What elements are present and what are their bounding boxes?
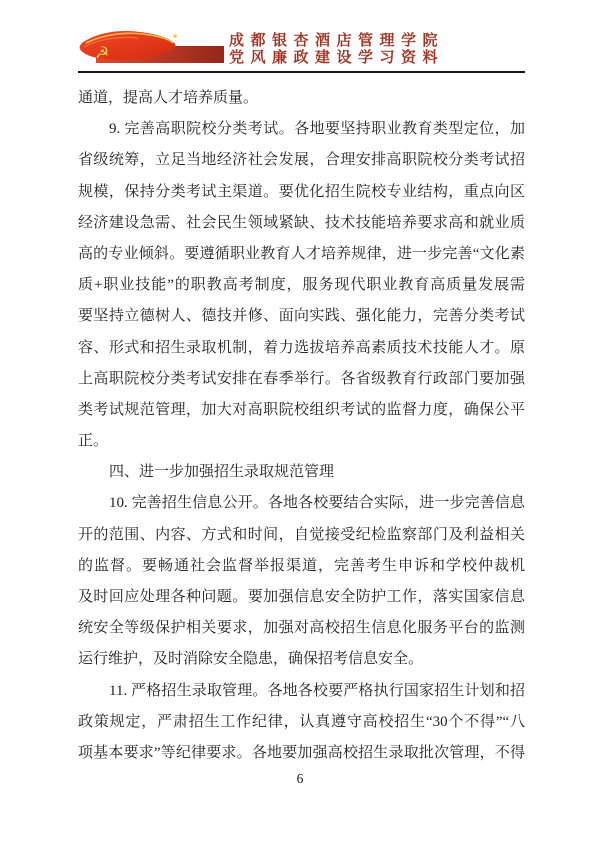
header-title-line2: 党风廉政建设学习资料	[229, 50, 444, 67]
text-line: 项基本要求”等纪律要求。各地要加强高校招生录取批次管理，不得	[78, 738, 525, 769]
text-line: 政策规定，严肃招生工作纪律，认真遵守高校招生“30个不得”“八	[78, 707, 525, 738]
text-line: 及时回应处理各种问题。要加强信息安全防护工作，落实国家信息系	[78, 582, 525, 613]
text-line: 11. 严格招生录取管理。各地各校要严格执行国家招生计划和招生	[78, 676, 525, 707]
page-footer: 6	[0, 771, 600, 791]
party-flag-graphic: ☭	[78, 29, 224, 67]
text-line: 通道，提高人才培养质量。	[78, 83, 525, 114]
text-line: 经济建设急需、社会民生领域紧缺、技术技能培养要求高和就业质量	[78, 208, 525, 239]
hammer-sickle-icon: ☭	[95, 45, 109, 62]
text-line: 要坚持立德树人、德技并修、面向实践、强化能力，完善分类考试内	[78, 301, 525, 332]
text-line: 高的专业倾斜。要遵循职业教育人才培养规律，进一步完善“文化素	[78, 239, 525, 270]
text-line: 四、进一步加强招生录取规范管理	[78, 457, 525, 488]
text-line: 统安全等级保护相关要求，加强对高校招生信息化服务平台的监测和	[78, 613, 525, 644]
header-title-line1: 成都银杏酒店管理学院	[229, 33, 444, 50]
page-number: 6	[297, 771, 304, 786]
text-line: 9. 完善高职院校分类考试。各地要坚持职业教育类型定位，加强	[78, 114, 525, 145]
text-line: 的监督。要畅通社会监督举报渠道，完善考生申诉和学校仲裁机制，	[78, 551, 525, 582]
document-page: ☭ 成都银杏酒店管理学院 党风廉政建设学习资料 通道，提高人才培养质量。9. 完…	[0, 0, 600, 848]
text-line: 运行维护，及时消除安全隐患，确保招考信息安全。	[78, 644, 525, 675]
text-line: 省级统筹，立足当地经济社会发展，合理安排高职院校分类考试招生	[78, 145, 525, 176]
text-line: 容、形式和招生录取机制，着力选拔培养高素质技术技能人才。原则	[78, 333, 525, 364]
text-line: 开的范围、内容、方式和时间，自觉接受纪检监察部门及利益相关者	[78, 520, 525, 551]
text-line: 10. 完善招生信息公开。各地各校要结合实际，进一步完善信息公	[78, 488, 525, 519]
text-line: 正。	[78, 426, 525, 457]
header-title-block: 成都银杏酒店管理学院 党风廉政建设学习资料	[229, 33, 444, 67]
party-flag-logo: ☭	[78, 29, 224, 67]
document-body: 通道，提高人才培养质量。9. 完善高职院校分类考试。各地要坚持职业教育类型定位，…	[78, 83, 525, 769]
text-line: 上高职院校分类考试安排在春季举行。各省级教育行政部门要加强分	[78, 364, 525, 395]
header-divider	[78, 71, 525, 73]
text-line: 类考试规范管理，加大对高职院校组织考试的监督力度，确保公平公	[78, 395, 525, 426]
text-line: 质+职业技能”的职教高考制度，服务现代职业教育高质量发展需要。	[78, 270, 525, 301]
gold-spark	[173, 34, 177, 38]
text-line: 规模，保持分类考试主渠道。要优化招生院校专业结构，重点向区域	[78, 177, 525, 208]
